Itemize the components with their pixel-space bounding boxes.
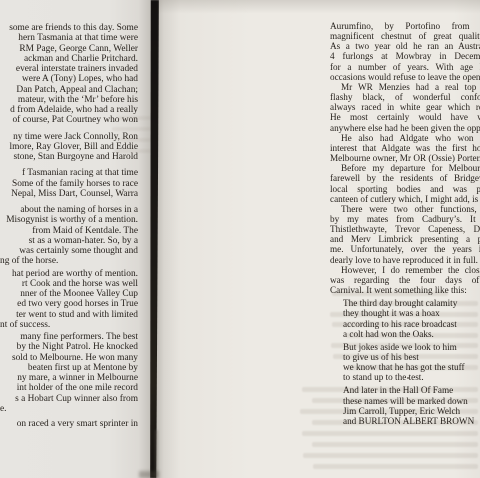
right-page-paragraph: There were two other functions, one of w…	[330, 204, 480, 265]
text-line: canteen of cutlery which, I might add, i…	[330, 194, 480, 204]
bleedthrough-smudge	[313, 464, 478, 469]
text-line: by my mates from Cadbury’s. It was a top…	[330, 214, 480, 224]
text-line: occasions would refuse to leave the open…	[330, 72, 480, 82]
left-page-paragraph: ny time were Jack Connolly, Ronlmore, Ra…	[0, 132, 138, 163]
text-line: mateur, with the ‘Mr’ before his	[0, 95, 138, 105]
right-page-paragraph: Mr WR Menzies had a real top liner in Le…	[330, 82, 480, 133]
left-page-paragraph: f Tasmanian racing at that timeSome of t…	[0, 168, 138, 199]
text-line: and Merv Limbrick presenting a poem they…	[330, 234, 480, 244]
text-line: s a Hobart Cup winner also from	[0, 394, 138, 404]
text-line: from Maid of Kentdale. The	[0, 226, 138, 236]
text-line: flashy black, of wonderful conformation,…	[330, 92, 480, 102]
text-line: f Tasmanian racing at that time	[0, 168, 138, 178]
text-line: There were two other functions, one of w…	[330, 204, 480, 214]
bleedthrough-smudge	[118, 116, 152, 120]
poem-line: a colt had won the Oaks.	[330, 329, 480, 339]
text-line: However, I do remember the closing verse…	[330, 265, 480, 275]
text-line: was certainly some thought and	[0, 246, 138, 256]
text-line: ackman and Charlie Pritchard.	[0, 54, 138, 64]
text-line: Before my departure for Melbourne I was …	[330, 163, 480, 173]
dust-speck	[407, 377, 409, 379]
text-line: Aurumfino, by Portofino from Golden Hind…	[330, 21, 480, 31]
right-page-text: Aurumfino, by Portofino from Golden Hind…	[330, 21, 480, 426]
text-line: beaten first up at Mentone by	[0, 363, 138, 373]
text-line: about the naming of horses in a	[0, 205, 138, 215]
bleedthrough-smudge	[114, 149, 152, 153]
poem-line: these names will be marked down	[330, 396, 480, 406]
poem-stanza: But jokes aside we look to himto give us…	[330, 342, 480, 383]
bleedthrough-smudge	[302, 431, 478, 436]
poem-line: Jim Carroll, Tupper, Eric Welch	[330, 406, 480, 416]
left-page-paragraph: hat period are worthy of mention.rt Cook…	[0, 269, 138, 331]
text-line: dearly love to have reproduced it in ful…	[330, 255, 480, 265]
text-line: d from Adelaide, who had a really	[0, 105, 138, 115]
bleedthrough-smudge	[303, 453, 478, 458]
text-line: ng of the horse.	[0, 256, 138, 266]
bleedthrough-smudge	[312, 442, 478, 447]
text-line: Mr WR Menzies had a real top liner in Le…	[330, 82, 480, 92]
poem-line: they thought it was a hoax	[330, 308, 480, 318]
poem-line: And later in the Hall Of Fame	[330, 385, 480, 395]
text-line: many fine performers. The best	[0, 332, 138, 342]
text-line: Some of the family horses to race	[0, 179, 138, 189]
text-line: Misogynist is worthy of a mention.	[0, 215, 138, 225]
text-line: always raced in white gear which really …	[330, 102, 480, 112]
text-line: farewell by the residents of Bridgewater…	[330, 173, 480, 183]
text-line: ny mare, a winner in Melbourne	[0, 373, 138, 383]
left-page-paragraph: many fine performers. The bestby the Nig…	[0, 332, 138, 414]
text-line: everal interstate trainers invaded	[0, 64, 138, 74]
text-line: hern Tasmania at that time were	[0, 33, 138, 43]
text-line: some are friends to this day. Some	[0, 23, 138, 33]
left-page-text: some are friends to this day. Somehern T…	[0, 23, 138, 429]
text-line: interest that Aldgate was the first hors…	[330, 143, 480, 153]
right-page-paragraph: He also had Aldgate who won a TAJC Cup. …	[330, 133, 480, 163]
right-page-paragraph: However, I do remember the closing verse…	[330, 265, 480, 295]
text-line: e.	[0, 404, 138, 414]
text-line: stone, Stan Burgoyne and Harold	[0, 152, 138, 162]
text-line: rt Cook and the horse was well	[0, 279, 138, 289]
text-line: nner of the Moonee Valley Cup	[0, 289, 138, 299]
corner-smudge	[139, 471, 159, 478]
text-line: As a two year old he ran an Australian r…	[330, 41, 480, 51]
text-line: ter went to stud and with limited	[0, 310, 138, 320]
text-line: were A (Tony) Lopes, who had	[0, 74, 138, 84]
bleedthrough-smudge	[112, 127, 152, 131]
text-line: ed two very good horses in True	[0, 299, 138, 309]
poem-line: to stand up to the test.	[330, 372, 480, 382]
text-line: RM Page, George Cann, Weller	[0, 44, 138, 54]
text-line: magnificent chestnut of great quality an…	[330, 31, 480, 41]
poem-line: according to his race broadcast	[330, 319, 480, 329]
poem-line: we know that he has got the stuff	[330, 362, 480, 372]
text-line: Dan Patch, Appeal and Clachan;	[0, 85, 138, 95]
book-scan: some are friends to this day. Somehern T…	[0, 0, 480, 478]
text-line: anywhere else had he been given the oppo…	[330, 123, 480, 133]
left-page-paragraph: on raced a very smart sprinter in	[0, 419, 138, 429]
left-page: some are friends to this day. Somehern T…	[0, 0, 154, 478]
text-line: He most certainly would have won races i…	[330, 112, 480, 122]
poem-line: and BURLTON ALBERT BROWN	[330, 416, 480, 426]
text-line: sold to Melbourne. He won many	[0, 353, 138, 363]
text-line: me. Unfortunately, over the years it has…	[330, 244, 480, 254]
text-line: Nepal, Miss Dart, Counsel, Warra	[0, 189, 138, 199]
text-line: st as a woman-hater. So, by a	[0, 236, 138, 246]
poem-stanza: And later in the Hall Of Famethese names…	[330, 385, 480, 426]
left-page-paragraph: about the naming of horses in aMisogynis…	[0, 205, 138, 267]
text-line: int holder of the one mile record	[0, 383, 138, 393]
poem-stanza: The third day brought calamitythey thoug…	[330, 298, 480, 339]
poem-line: The third day brought calamity	[330, 298, 480, 308]
text-line: Carnival. It went something like this:	[330, 285, 480, 295]
text-line: Thistlethwayte, Trevor Capeness, Doug Hi…	[330, 224, 480, 234]
left-page-paragraph: some are friends to this day. Somehern T…	[0, 23, 138, 126]
text-line: was regarding the four days of the VRC M…	[330, 275, 480, 285]
text-line: He also had Aldgate who won a TAJC Cup. …	[330, 133, 480, 143]
right-page: OUR Aurumfino, by Portofino from Golden …	[154, 0, 480, 478]
poem-line: But jokes aside we look to him	[330, 342, 480, 352]
bleedthrough-smudge	[120, 138, 152, 142]
text-line: by the Night Patrol. He knocked	[0, 342, 138, 352]
text-line: local sporting bodies and was presented …	[330, 184, 480, 194]
text-line: Melbourne owner, Mr OR (Ossie) Porter.	[330, 153, 480, 163]
poem-line: to give us of his best	[330, 352, 480, 362]
text-line: on raced a very smart sprinter in	[0, 419, 138, 429]
text-line: for a number of years. With age he turne…	[330, 62, 480, 72]
text-line: 4 furlongs at Mowbray in December, 1941.…	[330, 51, 480, 61]
text-line: ny time were Jack Connolly, Ron	[0, 132, 138, 142]
text-line: hat period are worthy of mention.	[0, 269, 138, 279]
right-page-paragraph: Before my departure for Melbourne I was …	[330, 163, 480, 204]
right-page-paragraph: Aurumfino, by Portofino from Golden Hind…	[330, 21, 480, 82]
text-line: nt of success.	[0, 320, 138, 330]
